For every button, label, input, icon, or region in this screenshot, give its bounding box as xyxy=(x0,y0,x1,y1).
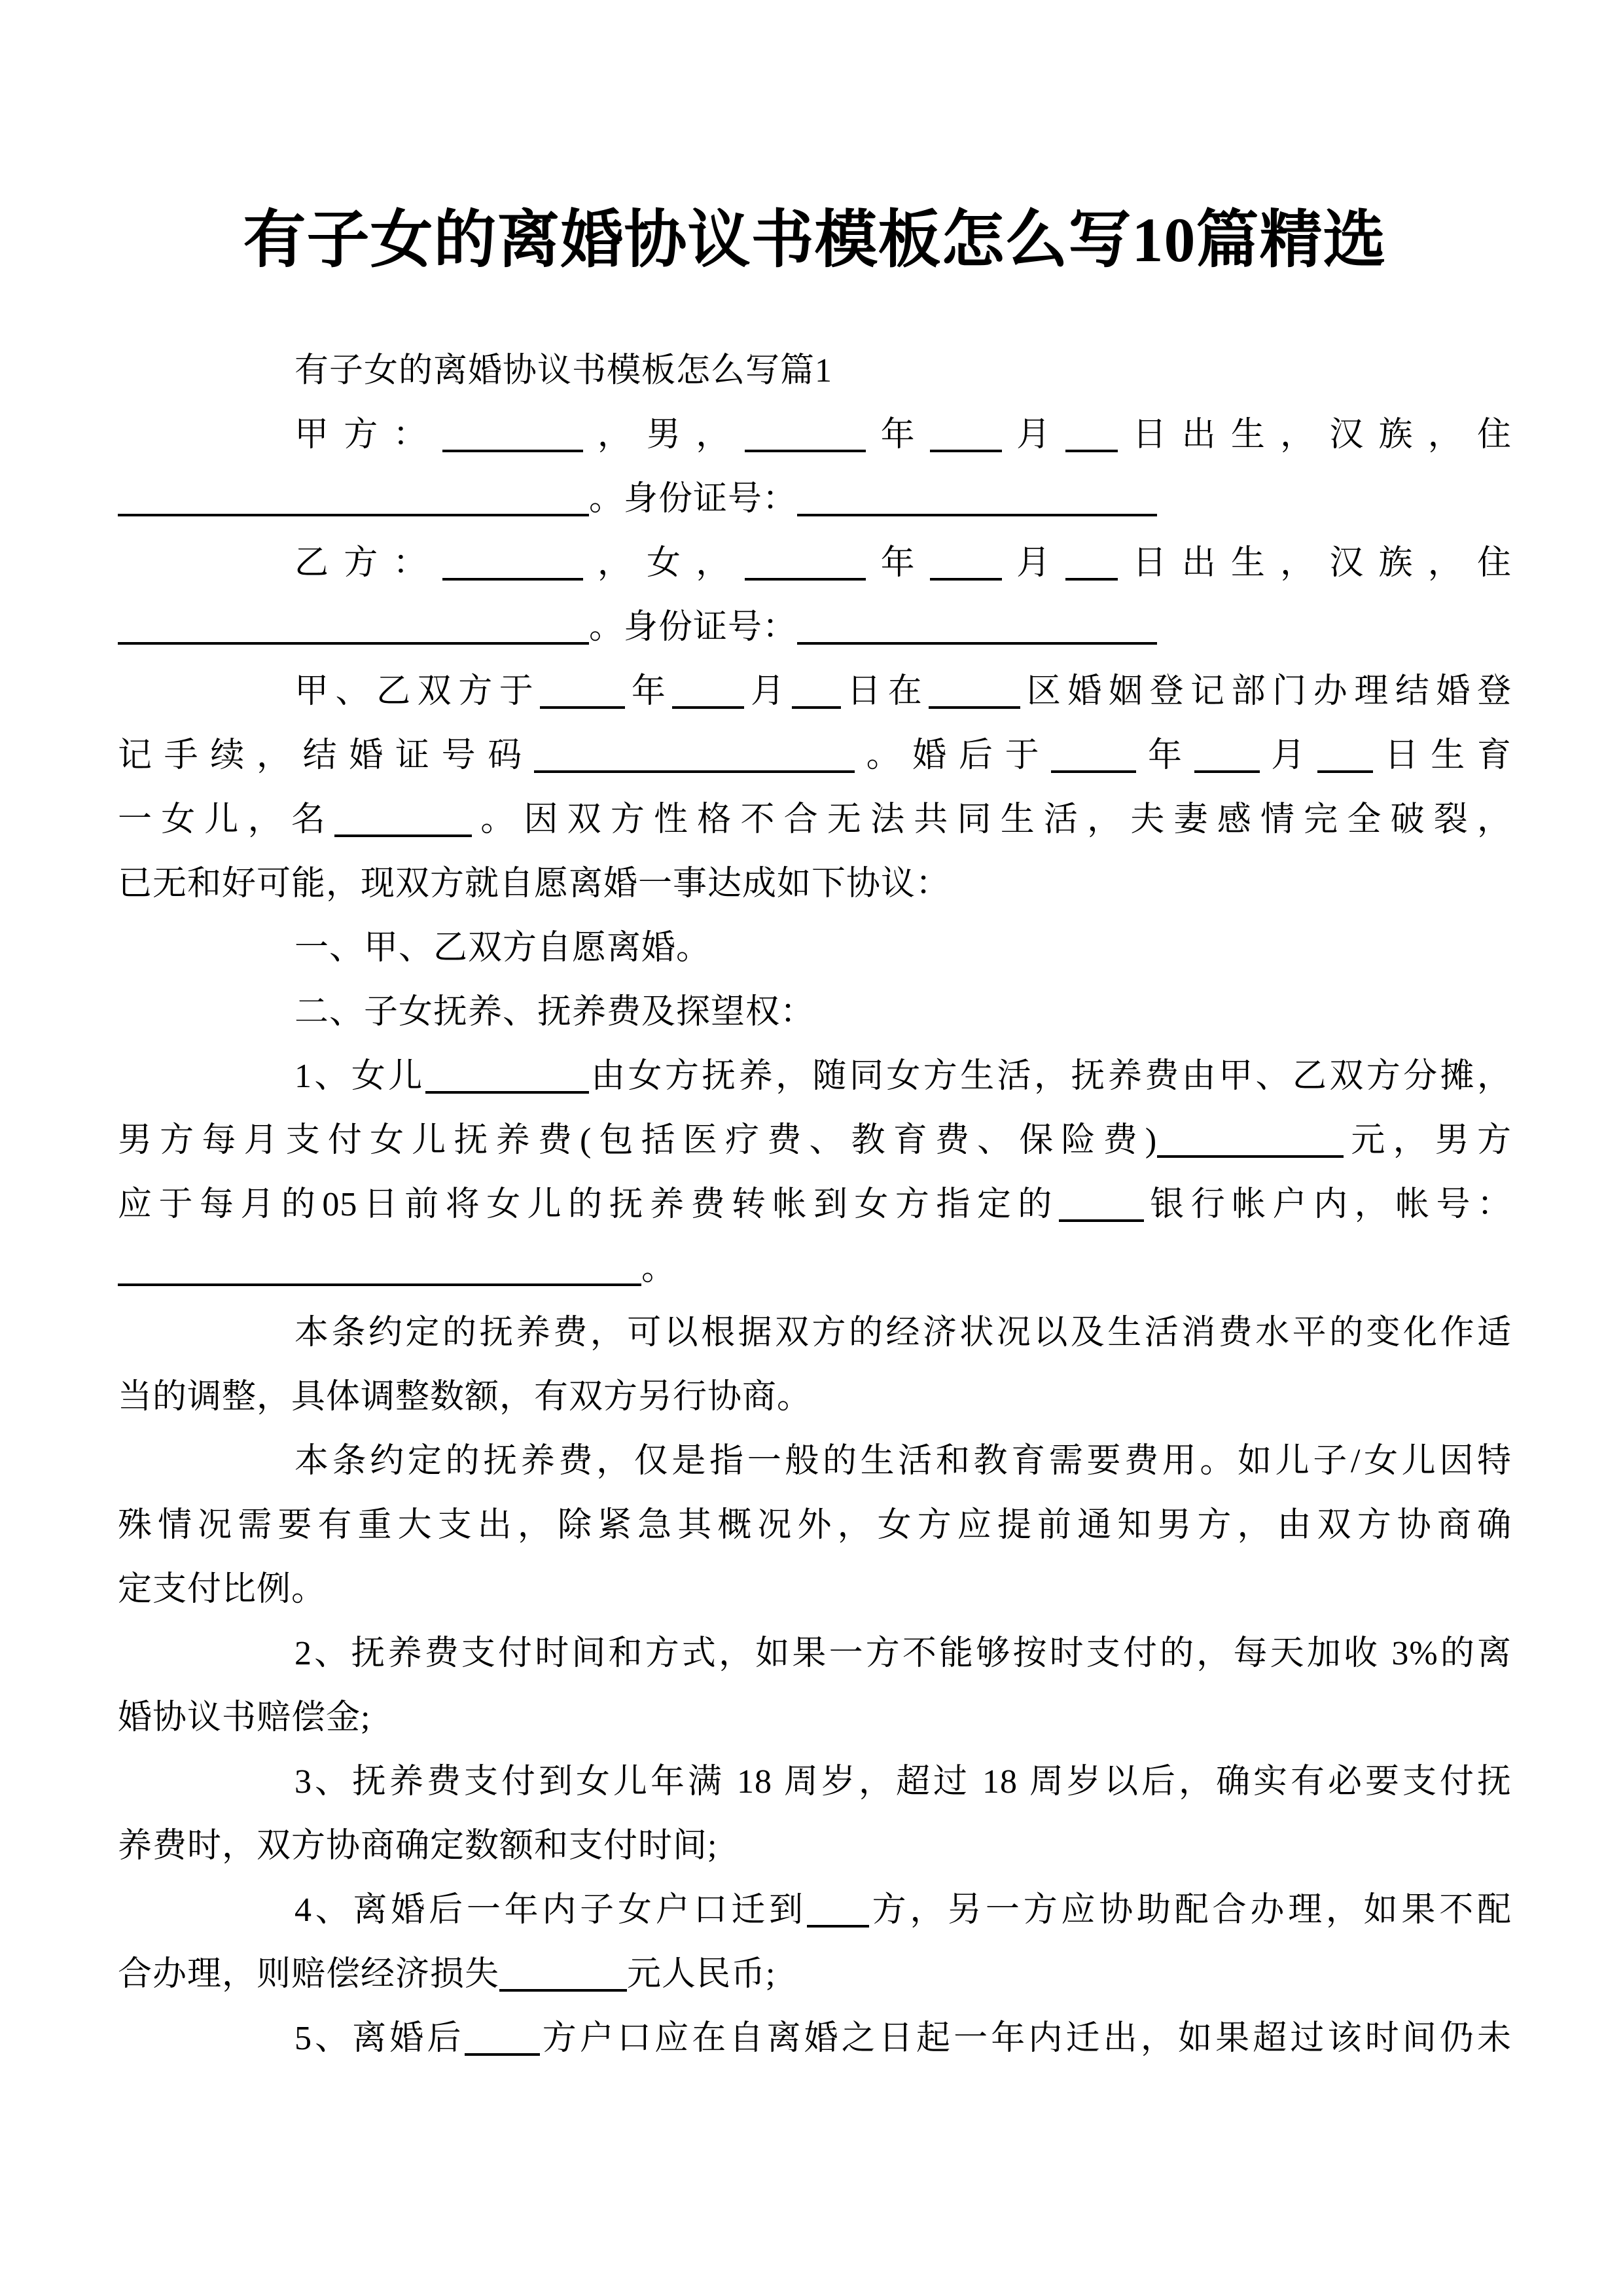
text-run: 应于每月的05日前将女儿的抚养费转帐到女方指定的 xyxy=(118,1186,1059,1223)
fill-in-blank-line xyxy=(930,577,1002,581)
document-line: 合办理，则赔偿经济损失元人民币; xyxy=(118,1943,1512,2007)
text-run: 已无和好可能，现双方就自愿离婚一事达成如下协议： xyxy=(118,865,950,903)
fill-in-blank-line xyxy=(442,577,583,581)
fill-in-blank-line xyxy=(1065,449,1118,452)
text-run: 日在 xyxy=(841,673,929,710)
fill-in-blank-line xyxy=(118,641,589,645)
text-run: 一、甲、乙双方自愿离婚。 xyxy=(294,929,711,967)
text-run: 养费时，双方协商确定数额和支付时间; xyxy=(118,1827,717,1865)
text-run: 年 xyxy=(866,545,929,582)
text-run: 合办理，则赔偿经济损失 xyxy=(118,1956,499,1993)
fill-in-blank-line xyxy=(118,1283,641,1286)
fill-in-blank-line xyxy=(1194,770,1260,773)
document-page: 有子女的离婚协议书模板怎么写10篇精选 有子女的离婚协议书模板怎么写篇1甲方：，… xyxy=(0,0,1623,2296)
document-line: 已无和好可能，现双方就自愿离婚一事达成如下协议： xyxy=(118,852,1512,916)
text-run: 年 xyxy=(625,673,672,710)
text-run: 1、女儿 xyxy=(294,1058,425,1095)
text-run: 二、子女抚养、抚养费及探望权： xyxy=(294,994,815,1031)
fill-in-blank-line xyxy=(807,1924,869,1928)
document-line: 甲方：，男，年月日出生，汉族，住 xyxy=(118,403,1512,467)
text-run: 。因双方性格不合无法共同生活，夫妻感情完全破裂， xyxy=(472,801,1512,838)
document-line: 1、女儿由女方抚养，随同女方生活，抚养费由甲、乙双方分摊， xyxy=(118,1045,1512,1109)
text-run: 甲、乙双方于 xyxy=(294,673,540,710)
document-line: 定支付比例。 xyxy=(118,1558,1512,1622)
text-run: ，女， xyxy=(583,545,745,582)
document-line: 。身份证号： xyxy=(118,596,1512,660)
text-run: 婚协议书赔偿金; xyxy=(118,1699,370,1736)
document-line: 当的调整，具体调整数额，有双方另行协商。 xyxy=(118,1365,1512,1429)
fill-in-blank-line xyxy=(334,834,472,837)
document-line: 2、抚养费支付时间和方式，如果一方不能够按时支付的，每天加收 3%的离 xyxy=(118,1622,1512,1686)
text-run: 方户口应在自离婚之日起一年内迁出，如果超过该时间仍未 xyxy=(540,2020,1512,2057)
text-run: 年 xyxy=(866,416,929,454)
fill-in-blank-line xyxy=(672,706,744,709)
fill-in-blank-line xyxy=(1051,770,1136,773)
text-run: 2、抚养费支付时间和方式，如果一方不能够按时支付的，每天加收 3%的离 xyxy=(294,1635,1512,1672)
document-line: 有子女的离婚协议书模板怎么写篇1 xyxy=(118,339,1512,403)
fill-in-blank-line xyxy=(797,513,1157,516)
text-run: 定支付比例。 xyxy=(118,1571,326,1608)
fill-in-blank-line xyxy=(1317,770,1373,773)
fill-in-blank-line xyxy=(118,513,589,516)
text-run: 元，男方 xyxy=(1344,1122,1512,1159)
text-run: 4、离婚后一年内子女户口迁到 xyxy=(294,1892,807,1929)
document-line: 应于每月的05日前将女儿的抚养费转帐到女方指定的银行帐户内，帐号： xyxy=(118,1173,1512,1237)
fill-in-blank-line xyxy=(465,2053,540,2056)
text-run: 日出生，汉族，住 xyxy=(1118,545,1512,582)
text-run: 由女方抚养，随同女方生活，抚养费由甲、乙双方分摊， xyxy=(589,1058,1512,1095)
document-line: 本条约定的抚养费，仅是指一般的生活和教育需要费用。如儿子/女儿因特 xyxy=(118,1429,1512,1494)
document-line: 3、抚养费支付到女儿年满 18 周岁，超过 18 周岁以后，确实有必要支付抚 xyxy=(118,1750,1512,1814)
document-line: 4、离婚后一年内子女户口迁到方，另一方应协助配合办理，如果不配 xyxy=(118,1878,1512,1943)
fill-in-blank-line xyxy=(540,706,625,709)
fill-in-blank-line xyxy=(745,577,866,581)
text-run: 。身份证号： xyxy=(589,609,797,646)
text-run: 一女儿，名 xyxy=(118,801,334,838)
text-run: 月 xyxy=(1002,545,1065,582)
document-line: 本条约定的抚养费，可以根据双方的经济状况以及生活消费水平的变化作适 xyxy=(118,1301,1512,1365)
text-run: 月 xyxy=(1002,416,1065,454)
text-run: 有子女的离婚协议书模板怎么写篇1 xyxy=(294,352,832,389)
fill-in-blank-line xyxy=(929,706,1020,709)
document-line: 。身份证号： xyxy=(118,467,1512,531)
text-run: 元人民币; xyxy=(627,1956,776,1993)
text-run: 男方每月支付女儿抚养费(包括医疗费、教育费、保险费) xyxy=(118,1122,1157,1159)
text-run: 乙方： xyxy=(294,545,442,582)
text-run: 5、离婚后 xyxy=(294,2020,465,2057)
fill-in-blank-line xyxy=(442,449,583,452)
document-body: 有子女的离婚协议书模板怎么写篇1甲方：，男，年月日出生，汉族，住。身份证号：乙方… xyxy=(118,339,1512,2071)
text-run: 月 xyxy=(1260,737,1317,774)
document-line: 男方每月支付女儿抚养费(包括医疗费、教育费、保险费)元，男方 xyxy=(118,1109,1512,1173)
text-run: 3、抚养费支付到女儿年满 18 周岁，超过 18 周岁以后，确实有必要支付抚 xyxy=(294,1763,1512,1801)
document-line: 养费时，双方协商确定数额和支付时间; xyxy=(118,1814,1512,1878)
text-run: 年 xyxy=(1136,737,1194,774)
text-run: 月 xyxy=(744,673,791,710)
text-run: 记手续，结婚证号码 xyxy=(118,737,534,774)
document-line: 乙方：，女，年月日出生，汉族，住 xyxy=(118,531,1512,596)
text-run: ，男， xyxy=(583,416,745,454)
text-run: 本条约定的抚养费，仅是指一般的生活和教育需要费用。如儿子/女儿因特 xyxy=(294,1443,1512,1480)
document-line: 5、离婚后方户口应在自离婚之日起一年内迁出，如果超过该时间仍未 xyxy=(118,2007,1512,2071)
text-run: 。 xyxy=(641,1250,676,1287)
text-run: 殊情况需要有重大支出，除紧急其概况外，女方应提前通知男方，由双方协商确 xyxy=(118,1507,1512,1544)
text-run: 。身份证号： xyxy=(589,480,797,518)
document-line: 二、子女抚养、抚养费及探望权： xyxy=(118,980,1512,1045)
fill-in-blank-line xyxy=(745,449,866,452)
document-line: 殊情况需要有重大支出，除紧急其概况外，女方应提前通知男方，由双方协商确 xyxy=(118,1494,1512,1558)
document-line: 记手续，结婚证号码。婚后于年月日生育 xyxy=(118,724,1512,788)
fill-in-blank-line xyxy=(792,706,841,709)
text-run: 日出生，汉族，住 xyxy=(1118,416,1512,454)
fill-in-blank-line xyxy=(499,1988,627,1992)
document-line: 一、甲、乙双方自愿离婚。 xyxy=(118,916,1512,980)
text-run: 本条约定的抚养费，可以根据双方的经济状况以及生活消费水平的变化作适 xyxy=(294,1314,1512,1352)
text-run: 。婚后于 xyxy=(855,737,1051,774)
document-line: 甲、乙双方于年月日在区婚姻登记部门办理结婚登 xyxy=(118,660,1512,724)
text-run: 方，另一方应协助配合办理，如果不配 xyxy=(869,1892,1512,1929)
document-title: 有子女的离婚协议书模板怎么写10篇精选 xyxy=(118,0,1512,276)
text-run: 当的调整，具体调整数额，有双方另行协商。 xyxy=(118,1378,811,1416)
text-run: 区婚姻登记部门办理结婚登 xyxy=(1020,673,1512,710)
text-run: 日生育 xyxy=(1373,737,1512,774)
document-line: 一女儿，名。因双方性格不合无法共同生活，夫妻感情完全破裂， xyxy=(118,788,1512,852)
fill-in-blank-line xyxy=(1157,1155,1344,1158)
fill-in-blank-line xyxy=(425,1090,589,1094)
document-line: 婚协议书赔偿金; xyxy=(118,1686,1512,1750)
fill-in-blank-line xyxy=(1059,1219,1144,1222)
fill-in-blank-line xyxy=(534,770,855,773)
document-line: 。 xyxy=(118,1237,1512,1301)
fill-in-blank-line xyxy=(1065,577,1118,581)
fill-in-blank-line xyxy=(930,449,1002,452)
text-run: 甲方： xyxy=(294,416,442,454)
text-run: 银行帐户内，帐号： xyxy=(1144,1186,1512,1223)
fill-in-blank-line xyxy=(797,641,1157,645)
